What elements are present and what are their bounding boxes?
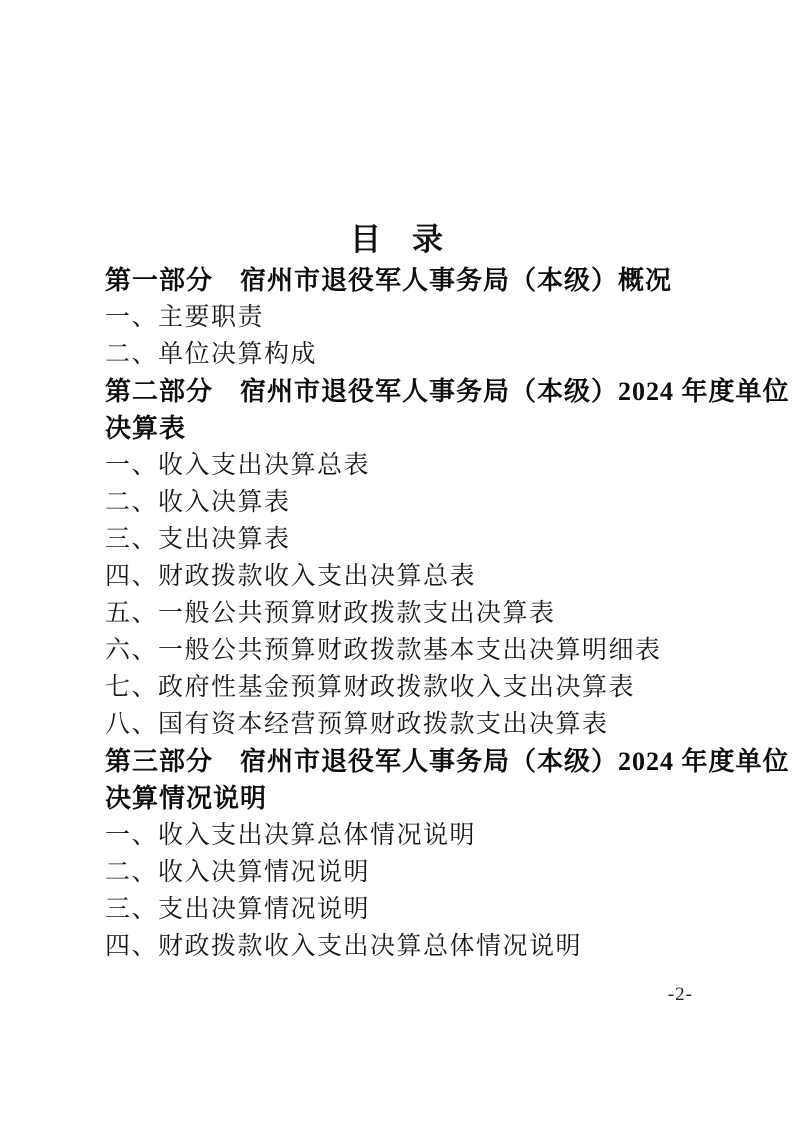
toc-item: 四、财政拨款收入支出决算总体情况说明: [105, 928, 713, 965]
toc-section-heading: 第二部分 宿州市退役军人事务局（本级）2024 年度单位: [105, 373, 713, 410]
page-number: -2-: [668, 984, 693, 1006]
toc-item: 八、国有资本经营预算财政拨款支出决算表: [105, 706, 713, 743]
toc-item: 五、一般公共预算财政拨款支出决算表: [105, 595, 713, 632]
toc-section-heading: 第三部分 宿州市退役军人事务局（本级）2024 年度单位: [105, 743, 713, 780]
page-title: 目 录: [0, 218, 793, 262]
toc-item: 四、财政拨款收入支出决算总表: [105, 558, 713, 595]
toc-item: 六、一般公共预算财政拨款基本支出决算明细表: [105, 632, 713, 669]
toc-item: 二、单位决算构成: [105, 336, 713, 373]
toc-item: 七、政府性基金预算财政拨款收入支出决算表: [105, 669, 713, 706]
page-background: 目 录 第一部分 宿州市退役军人事务局（本级）概况 一、主要职责 二、单位决算构…: [0, 0, 793, 1122]
toc-item: 二、收入决算情况说明: [105, 854, 713, 891]
toc-item: 二、收入决算表: [105, 484, 713, 521]
toc-item: 一、主要职责: [105, 299, 713, 336]
toc-section-heading-continuation: 决算情况说明: [105, 780, 713, 817]
document-page: { "document": { "title": "目 录", "page_nu…: [0, 0, 793, 1122]
toc-item: 三、支出决算表: [105, 521, 713, 558]
table-of-contents: 第一部分 宿州市退役军人事务局（本级）概况 一、主要职责 二、单位决算构成 第二…: [105, 262, 713, 965]
toc-item: 一、收入支出决算总表: [105, 447, 713, 484]
toc-item: 三、支出决算情况说明: [105, 891, 713, 928]
toc-section-heading-continuation: 决算表: [105, 410, 713, 447]
toc-section-heading: 第一部分 宿州市退役军人事务局（本级）概况: [105, 262, 713, 299]
toc-item: 一、收入支出决算总体情况说明: [105, 817, 713, 854]
